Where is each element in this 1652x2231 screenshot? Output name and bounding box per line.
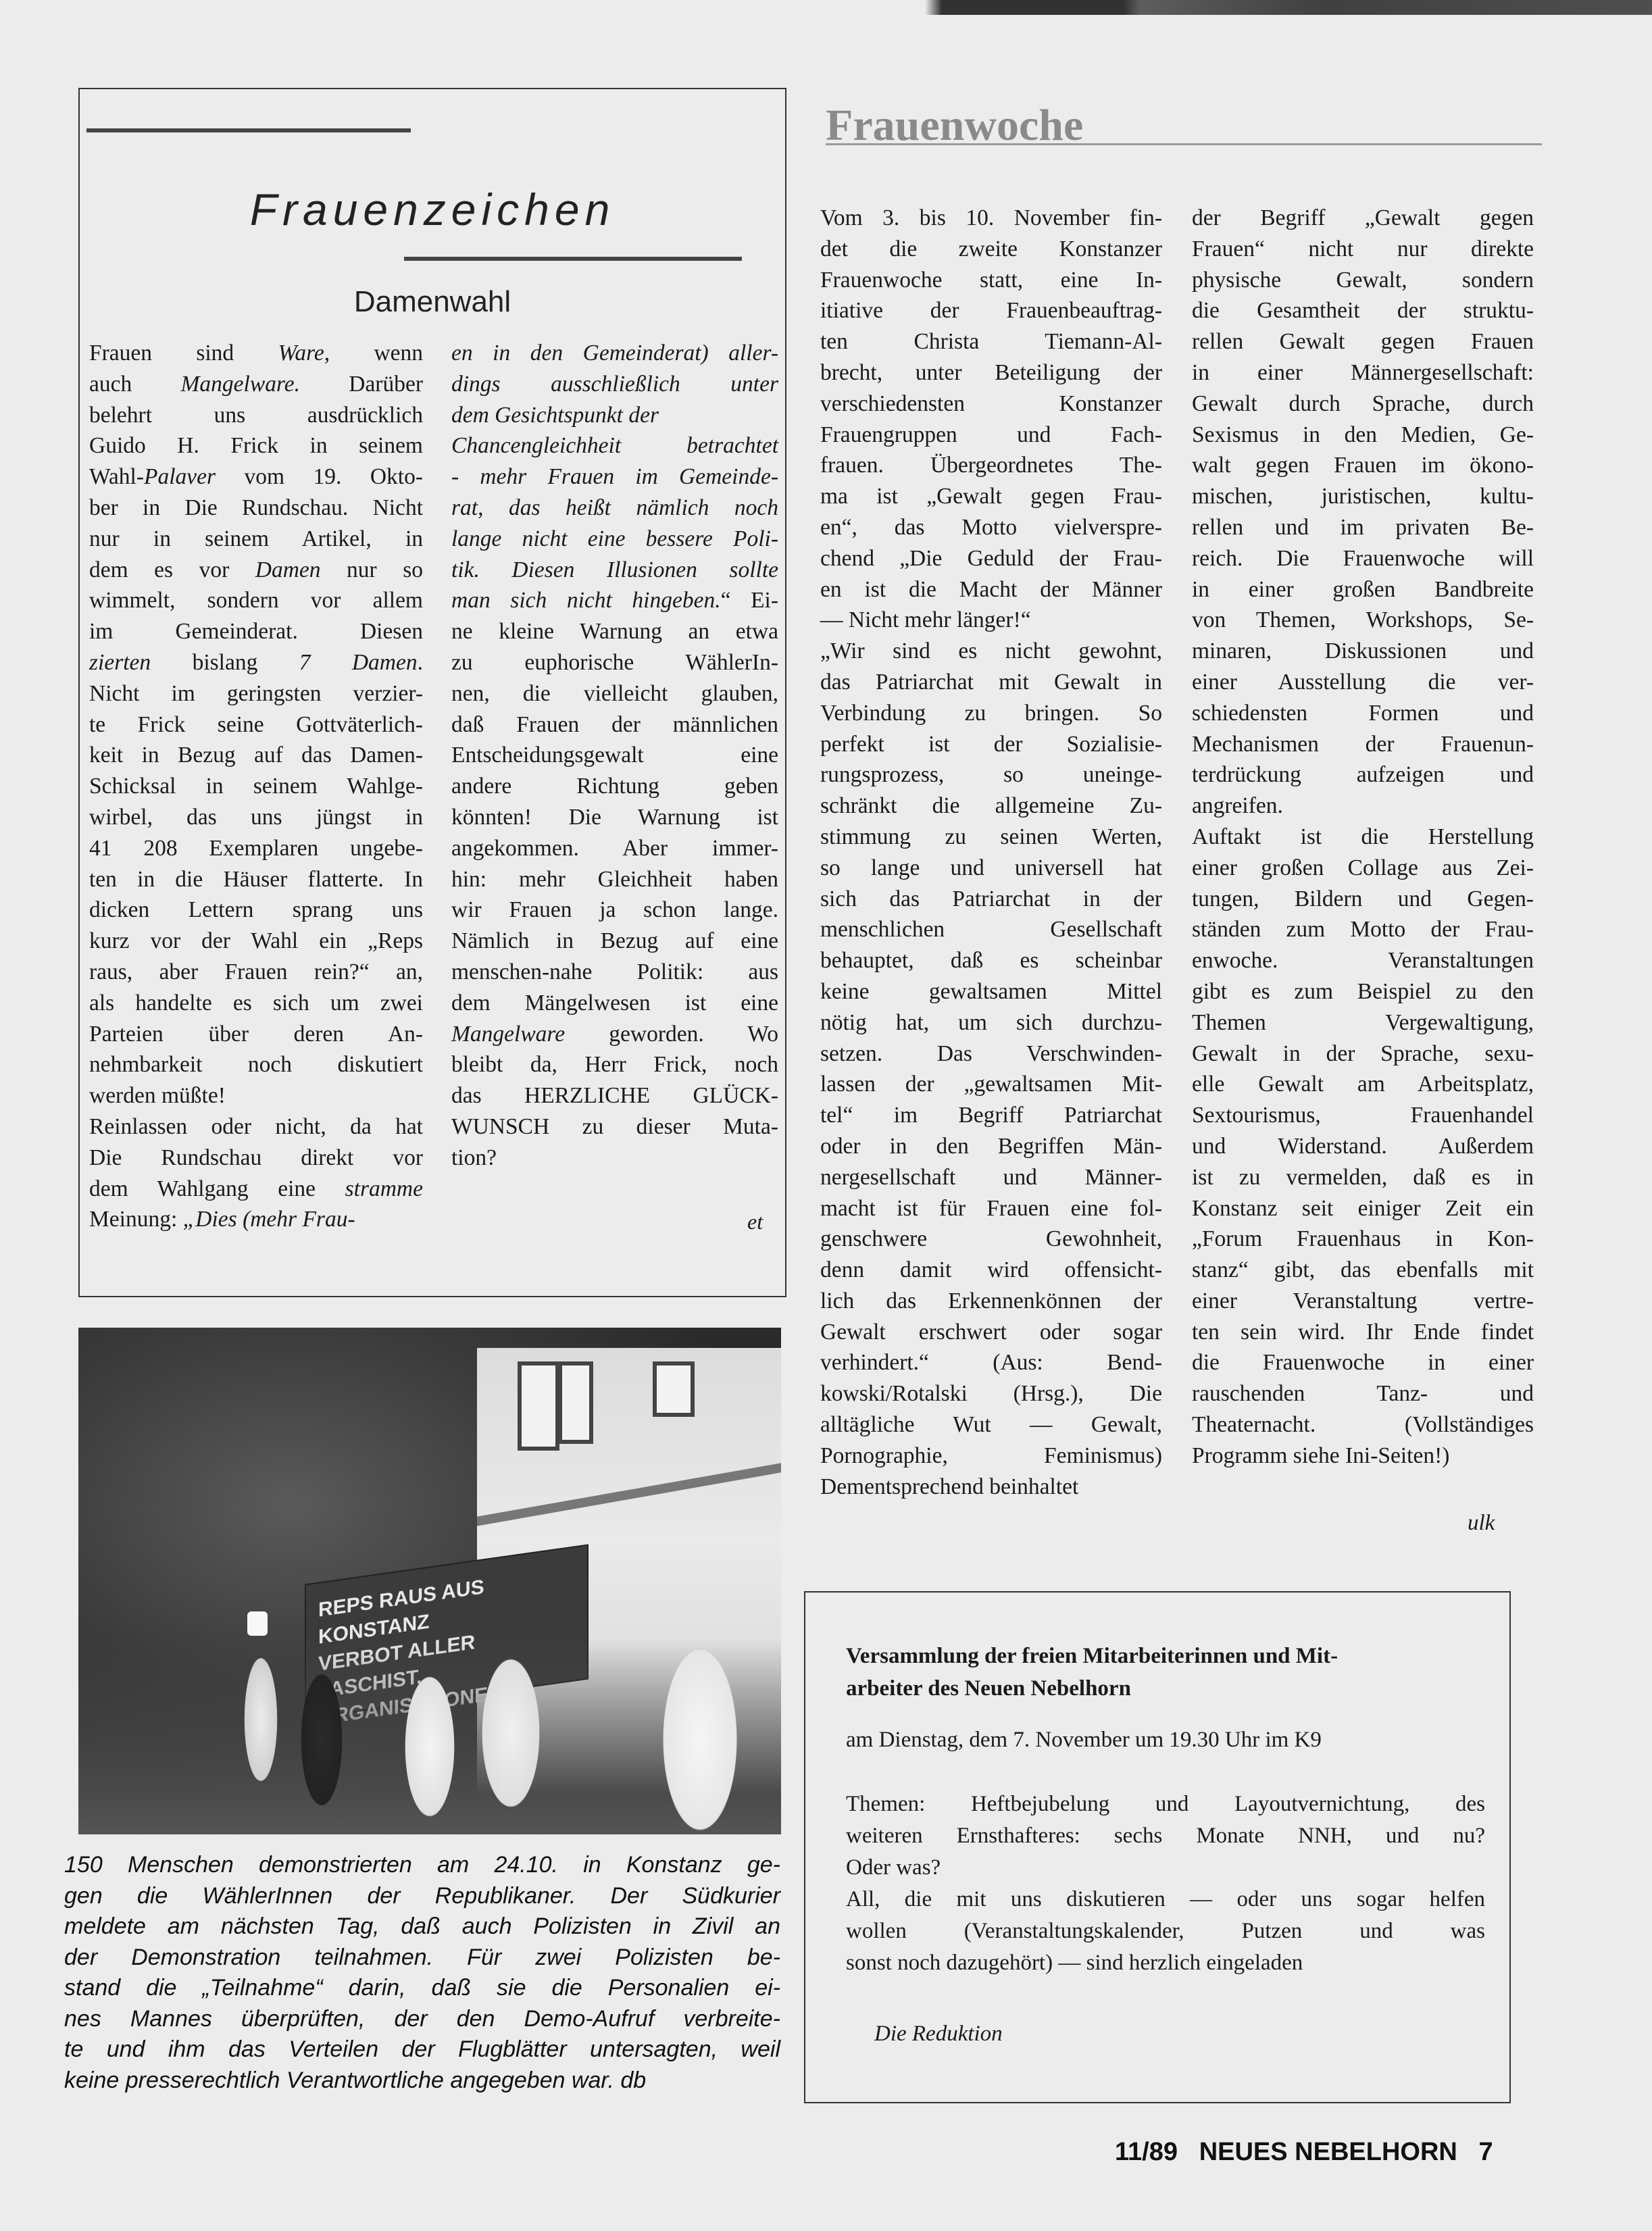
- text-line: ber in Die Rundschau. Nicht: [89, 493, 423, 524]
- text-line: angekommen. Aber immer-: [451, 833, 778, 864]
- text-line: einer Veranstaltung vertre-: [1192, 1286, 1534, 1317]
- announcement-body: Themen: Heftbejubelung und Layoutvernich…: [846, 1788, 1485, 1979]
- text-line: Chancengleichheit betrachtet: [451, 430, 778, 461]
- text-line: menschlichen Gesellschaft: [820, 914, 1162, 945]
- text-line: elle Gewalt am Arbeitsplatz,: [1192, 1069, 1534, 1100]
- text-line: auch Mangelware. Darüber: [89, 369, 423, 400]
- text-line: itiative der Frauenbeauftrag-: [820, 295, 1162, 326]
- text-line: Parteien über deren An-: [89, 1019, 423, 1050]
- text-line: einer Ausstellung die ver-: [1192, 667, 1534, 698]
- text-line: „Wir sind es nicht gewohnt,: [820, 636, 1162, 667]
- title-underline: [826, 143, 1542, 145]
- text-line: Meinung: „Dies (mehr Frau-: [89, 1204, 423, 1235]
- text-line: det die zweite Konstanzer: [820, 234, 1162, 265]
- text-line: terdrückung aufzeigen und: [1192, 759, 1534, 791]
- text-line: nötig hat, um sich durchzu-: [820, 1007, 1162, 1038]
- text-line: Frauenwoche statt, eine In-: [820, 265, 1162, 296]
- frauenwoche-column-1: Vom 3. bis 10. November fin-det die zwei…: [820, 203, 1162, 1502]
- text-line: ständen zum Motto der Frau-: [1192, 914, 1534, 945]
- text-line: rellen und im privaten Be-: [1192, 512, 1534, 543]
- text-line: Theaternacht. (Vollständiges: [1192, 1409, 1534, 1440]
- text-line: wimmelt, sondern vor allem: [89, 585, 423, 616]
- text-line: tion?: [451, 1143, 778, 1174]
- text-line: rat, das heißt nämlich noch: [451, 493, 778, 524]
- text-line: denn damit wird offensicht-: [820, 1255, 1162, 1286]
- article-column-1: Frauen sind Ware, wennauch Mangelware. D…: [89, 338, 423, 1235]
- text-line: stimmung zu seinen Werten,: [820, 822, 1162, 853]
- text-line: physische Gewalt, sondern: [1192, 265, 1534, 296]
- text-line: andere Richtung geben: [451, 771, 778, 802]
- text-line: ist zu vermelden, daß es in: [1192, 1162, 1534, 1193]
- text-line: daß Frauen der männlichen: [451, 709, 778, 741]
- text-line: meldete am nächsten Tag, daß auch Polizi…: [64, 1911, 780, 1942]
- text-line: enwoche. Veranstaltungen: [1192, 945, 1534, 976]
- text-line: Programm siehe Ini-Seiten!): [1192, 1440, 1534, 1472]
- text-line: schiedensten Formen und: [1192, 698, 1534, 729]
- text-line: dem Wahlgang eine stramme: [89, 1174, 423, 1205]
- text-line: werden müßte!: [89, 1080, 423, 1111]
- text-line: in einer Männergesellschaft:: [1192, 357, 1534, 388]
- text-line: zu euphorische WählerIn-: [451, 647, 778, 678]
- text-line: ma ist „Gewalt gegen Frau-: [820, 481, 1162, 512]
- text-line: Gewalt durch Sprache, durch: [1192, 388, 1534, 420]
- text-line: te und ihm das Verteilen der Flugblätter…: [64, 2034, 780, 2065]
- text-line: menschen-nahe Politik: aus: [451, 957, 778, 988]
- text-line: belehrt uns ausdrücklich: [89, 400, 423, 431]
- text-line: nes Mannes überprüften, der den Demo-Auf…: [64, 2004, 780, 2035]
- text-line: perfekt ist der Sozialisie-: [820, 729, 1162, 760]
- text-line: nur in seinem Artikel, in: [89, 524, 423, 555]
- text-line: Vom 3. bis 10. November fin-: [820, 203, 1162, 234]
- text-line: Verbindung zu bringen. So: [820, 698, 1162, 729]
- text-line: Mangelware geworden. Wo: [451, 1019, 778, 1050]
- text-line: sich das Patriarchat in der: [820, 884, 1162, 915]
- photo-window: [558, 1361, 593, 1444]
- text-line: sonst noch dazugehört) — sind herzlich e…: [846, 1947, 1485, 1979]
- decorative-rule-middle: [404, 257, 742, 261]
- text-line: genschwere Gewohnheit,: [820, 1224, 1162, 1255]
- text-line: mischen, juristischen, kultu-: [1192, 481, 1534, 512]
- text-line: dem Mängelwesen ist eine: [451, 988, 778, 1019]
- text-line: alltägliche Wut — Gewalt,: [820, 1409, 1162, 1440]
- text-line: chend „Die Geduld der Frau-: [820, 543, 1162, 574]
- text-line: nergesellschaft und Männer-: [820, 1162, 1162, 1193]
- text-line: Gewalt erschwert oder sogar: [820, 1317, 1162, 1348]
- text-line: in einer großen Bandbreite: [1192, 574, 1534, 605]
- text-line: - mehr Frauen im Gemeinde-: [451, 461, 778, 493]
- text-line: Oder was?: [846, 1852, 1485, 1884]
- text-line: Guido H. Frick in seinem: [89, 430, 423, 461]
- photo-window: [518, 1361, 559, 1451]
- text-line: keine presserechtlich Verantwortliche an…: [64, 2065, 780, 2097]
- text-line: nen, die vielleicht glauben,: [451, 678, 778, 709]
- text-line: man sich nicht hingeben.“ Ei-: [451, 585, 778, 616]
- text-line: All, die mit uns diskutieren — oder uns …: [846, 1884, 1485, 1915]
- text-line: Pornographie, Feminismus): [820, 1440, 1162, 1472]
- text-line: Wahl-Palaver vom 19. Okto-: [89, 461, 423, 493]
- text-line: gibt es zum Beispiel zu den: [1192, 976, 1534, 1007]
- author-signature: ulk: [1468, 1511, 1495, 1536]
- photo-caption: 150 Menschen demonstrierten am 24.10. in…: [64, 1850, 780, 2096]
- section-title: Frauenzeichen: [80, 184, 785, 235]
- announcement-heading: Versammlung der freien Mitarbeiterinnen …: [846, 1640, 1468, 1705]
- text-line: der Begriff „Gewalt gegen: [1192, 203, 1534, 234]
- text-line: keine gewaltsamen Mittel: [820, 976, 1162, 1007]
- text-line: Dementsprechend beinhaltet: [820, 1472, 1162, 1503]
- text-line: Auftakt ist die Herstellung: [1192, 822, 1534, 853]
- text-line: Mechanismen der Frauenun-: [1192, 729, 1534, 760]
- text-line: kowski/Rotalski (Hrsg.), Die: [820, 1378, 1162, 1409]
- text-line: Nämlich in Bezug auf eine: [451, 926, 778, 957]
- heading-line: Versammlung der freien Mitarbeiterinnen …: [846, 1640, 1468, 1672]
- text-line: dicken Lettern sprang uns: [89, 895, 423, 926]
- text-line: en ist die Macht der Männer: [820, 574, 1162, 605]
- text-line: WUNSCH zu dieser Muta-: [451, 1111, 778, 1143]
- text-line: Sexismus in den Medien, Ge-: [1192, 420, 1534, 451]
- text-line: minaren, Diskussionen und: [1192, 636, 1534, 667]
- text-line: „Forum Frauenhaus in Kon-: [1192, 1224, 1534, 1255]
- text-line: wirbel, das uns jüngst in: [89, 802, 423, 833]
- text-line: raus, aber Frauen rein?“ an,: [89, 957, 423, 988]
- text-line: Reinlassen oder nicht, da hat: [89, 1111, 423, 1143]
- text-line: ne kleine Warnung an etwa: [451, 616, 778, 647]
- text-line: Die Rundschau direkt vor: [89, 1143, 423, 1174]
- page-footer: 11/89 NEUES NEBELHORN 7: [1115, 2138, 1493, 2167]
- photo-window: [653, 1361, 695, 1417]
- text-line: setzen. Das Verschwinden-: [820, 1038, 1162, 1070]
- text-line: rungsprozess, so uneinge-: [820, 759, 1162, 791]
- text-line: wir Frauen ja schon lange.: [451, 895, 778, 926]
- text-line: te Frick seine Gottväterlich-: [89, 709, 423, 741]
- meeting-date-time: am Dienstag, dem 7. November um 19.30 Uh…: [846, 1724, 1322, 1756]
- page-number: 7: [1479, 2138, 1493, 2166]
- text-line: brecht, unter Beteiligung der: [820, 357, 1162, 388]
- text-line: tungen, Bildern und Gegen-: [1192, 884, 1534, 915]
- text-line: Themen Vergewaltigung,: [1192, 1007, 1534, 1038]
- publication-name: NEUES NEBELHORN: [1199, 2138, 1457, 2166]
- text-line: wollen (Veranstaltungskalender, Putzen u…: [846, 1915, 1485, 1947]
- text-line: hin: mehr Gleichheit haben: [451, 864, 778, 895]
- text-line: rauschenden Tanz- und: [1192, 1378, 1534, 1409]
- text-line: weiteren Ernsthafteres: sechs Monate NNH…: [846, 1820, 1485, 1852]
- text-line: nehmbarkeit noch diskutiert: [89, 1049, 423, 1080]
- text-line: Frauen“ nicht nur direkte: [1192, 234, 1534, 265]
- text-line: stand die „Teilnahme“ darin, daß sie die…: [64, 1973, 780, 2004]
- text-line: ten Christa Tiemann-Al-: [820, 326, 1162, 357]
- announcement-signature: Die Reduktion: [874, 2018, 1003, 2050]
- text-line: im Gemeinderat. Diesen: [89, 616, 423, 647]
- text-line: angreifen.: [1192, 791, 1534, 822]
- previous-page-edge: [0, 0, 1652, 15]
- text-line: Sextourismus, Frauenhandel: [1192, 1100, 1534, 1131]
- article-headline: Damenwahl: [80, 285, 785, 319]
- text-line: frauen. Übergeordnetes The-: [820, 450, 1162, 481]
- photo-street-lamp: [247, 1611, 268, 1636]
- text-line: — Nicht mehr länger!“: [820, 605, 1162, 636]
- text-line: dem es vor Damen nur so: [89, 555, 423, 586]
- frauenwoche-column-2: der Begriff „Gewalt gegenFrauen“ nicht n…: [1192, 203, 1534, 1472]
- text-line: und Widerstand. Außerdem: [1192, 1131, 1534, 1162]
- text-line: en in den Gemeinderat) aller-: [451, 338, 778, 369]
- text-line: so lange und universell hat: [820, 853, 1162, 884]
- text-line: lange nicht eine bessere Poli-: [451, 524, 778, 555]
- text-line: lich das Erkennenkönnen der: [820, 1286, 1162, 1317]
- text-line: lassen der „gewaltsamen Mit-: [820, 1069, 1162, 1100]
- decorative-rule-top: [86, 128, 411, 132]
- demonstration-photo: REPS RAUS AUS KONSTANZ VERBOT ALLER FASC…: [78, 1328, 781, 1834]
- text-line: gen die WählerInnen der Republikaner. De…: [64, 1881, 780, 1912]
- text-line: könnten! Die Warnung ist: [451, 802, 778, 833]
- text-line: reich. Die Frauenwoche will: [1192, 543, 1534, 574]
- text-line: rellen Gewalt gegen Frauen: [1192, 326, 1534, 357]
- text-line: stanz“ gibt, das ebenfalls mit: [1192, 1255, 1534, 1286]
- text-line: Themen: Heftbejubelung und Layoutvernich…: [846, 1788, 1485, 1820]
- photo-ledge: [477, 1463, 781, 1526]
- heading-line: arbeiter des Neuen Nebelhorn: [846, 1672, 1468, 1705]
- text-line: bleibt da, Herr Frick, noch: [451, 1049, 778, 1080]
- text-line: der Demonstration teilnahmen. Für zwei P…: [64, 1942, 780, 1974]
- text-line: die Frauenwoche in einer: [1192, 1347, 1534, 1378]
- text-line: oder in den Begriffen Män-: [820, 1131, 1162, 1162]
- text-line: walt gegen Frauen im ökono-: [1192, 450, 1534, 481]
- text-line: dings ausschließlich unter: [451, 369, 778, 400]
- text-line: die Gesamtheit der struktu-: [1192, 295, 1534, 326]
- text-line: schränkt die allgemeine Zu-: [820, 791, 1162, 822]
- text-line: das Patriarchat mit Gewalt in: [820, 667, 1162, 698]
- issue-number: 11/89: [1115, 2138, 1178, 2166]
- text-line: ten sein wird. Ihr Ende findet: [1192, 1317, 1534, 1348]
- text-line: 41 208 Exemplaren ungebe-: [89, 833, 423, 864]
- text-line: kurz vor der Wahl ein „Reps: [89, 926, 423, 957]
- text-line: behauptet, daß es scheinbar: [820, 945, 1162, 976]
- text-line: Schicksal in seinem Wahlge-: [89, 771, 423, 802]
- article-column-2: en in den Gemeinderat) aller-dings aussc…: [451, 338, 778, 1174]
- text-line: 150 Menschen demonstrierten am 24.10. in…: [64, 1850, 780, 1881]
- text-line: macht ist für Frauen eine fol-: [820, 1193, 1162, 1224]
- text-line: Nicht im geringsten verzier-: [89, 678, 423, 709]
- text-line: tel“ im Begriff Patriarchat: [820, 1100, 1162, 1131]
- meeting-announcement-box: Versammlung der freien Mitarbeiterinnen …: [804, 1591, 1511, 2103]
- text-line: das HERZLICHE GLÜCK-: [451, 1080, 778, 1111]
- text-line: Gewalt in der Sprache, sexu-: [1192, 1038, 1534, 1070]
- text-line: en“, das Motto vielverspre-: [820, 512, 1162, 543]
- text-line: Konstanz seit einiger Zeit ein: [1192, 1193, 1534, 1224]
- text-line: Entscheidungsgewalt eine: [451, 740, 778, 771]
- frauenzeichen-article-box: Frauenzeichen Damenwahl Frauen sind Ware…: [78, 88, 786, 1297]
- text-line: von Themen, Workshops, Se-: [1192, 605, 1534, 636]
- text-line: Frauengruppen und Fach-: [820, 420, 1162, 451]
- text-line: keit in Bezug auf das Damen-: [89, 740, 423, 771]
- text-line: ten in die Häuser flatterte. In: [89, 864, 423, 895]
- text-line: verschiedensten Konstanzer: [820, 388, 1162, 420]
- photo-crowd: [78, 1638, 781, 1834]
- text-line: tik. Diesen Illusionen sollte: [451, 555, 778, 586]
- text-line: einer großen Collage aus Zei-: [1192, 853, 1534, 884]
- text-line: dem Gesichtspunkt der: [451, 400, 778, 431]
- text-line: verhindert.“ (Aus: Bend-: [820, 1347, 1162, 1378]
- author-signature: et: [747, 1209, 763, 1234]
- text-line: zierten bislang 7 Damen.: [89, 647, 423, 678]
- text-line: als handelte es sich um zwei: [89, 988, 423, 1019]
- text-line: Frauen sind Ware, wenn: [89, 338, 423, 369]
